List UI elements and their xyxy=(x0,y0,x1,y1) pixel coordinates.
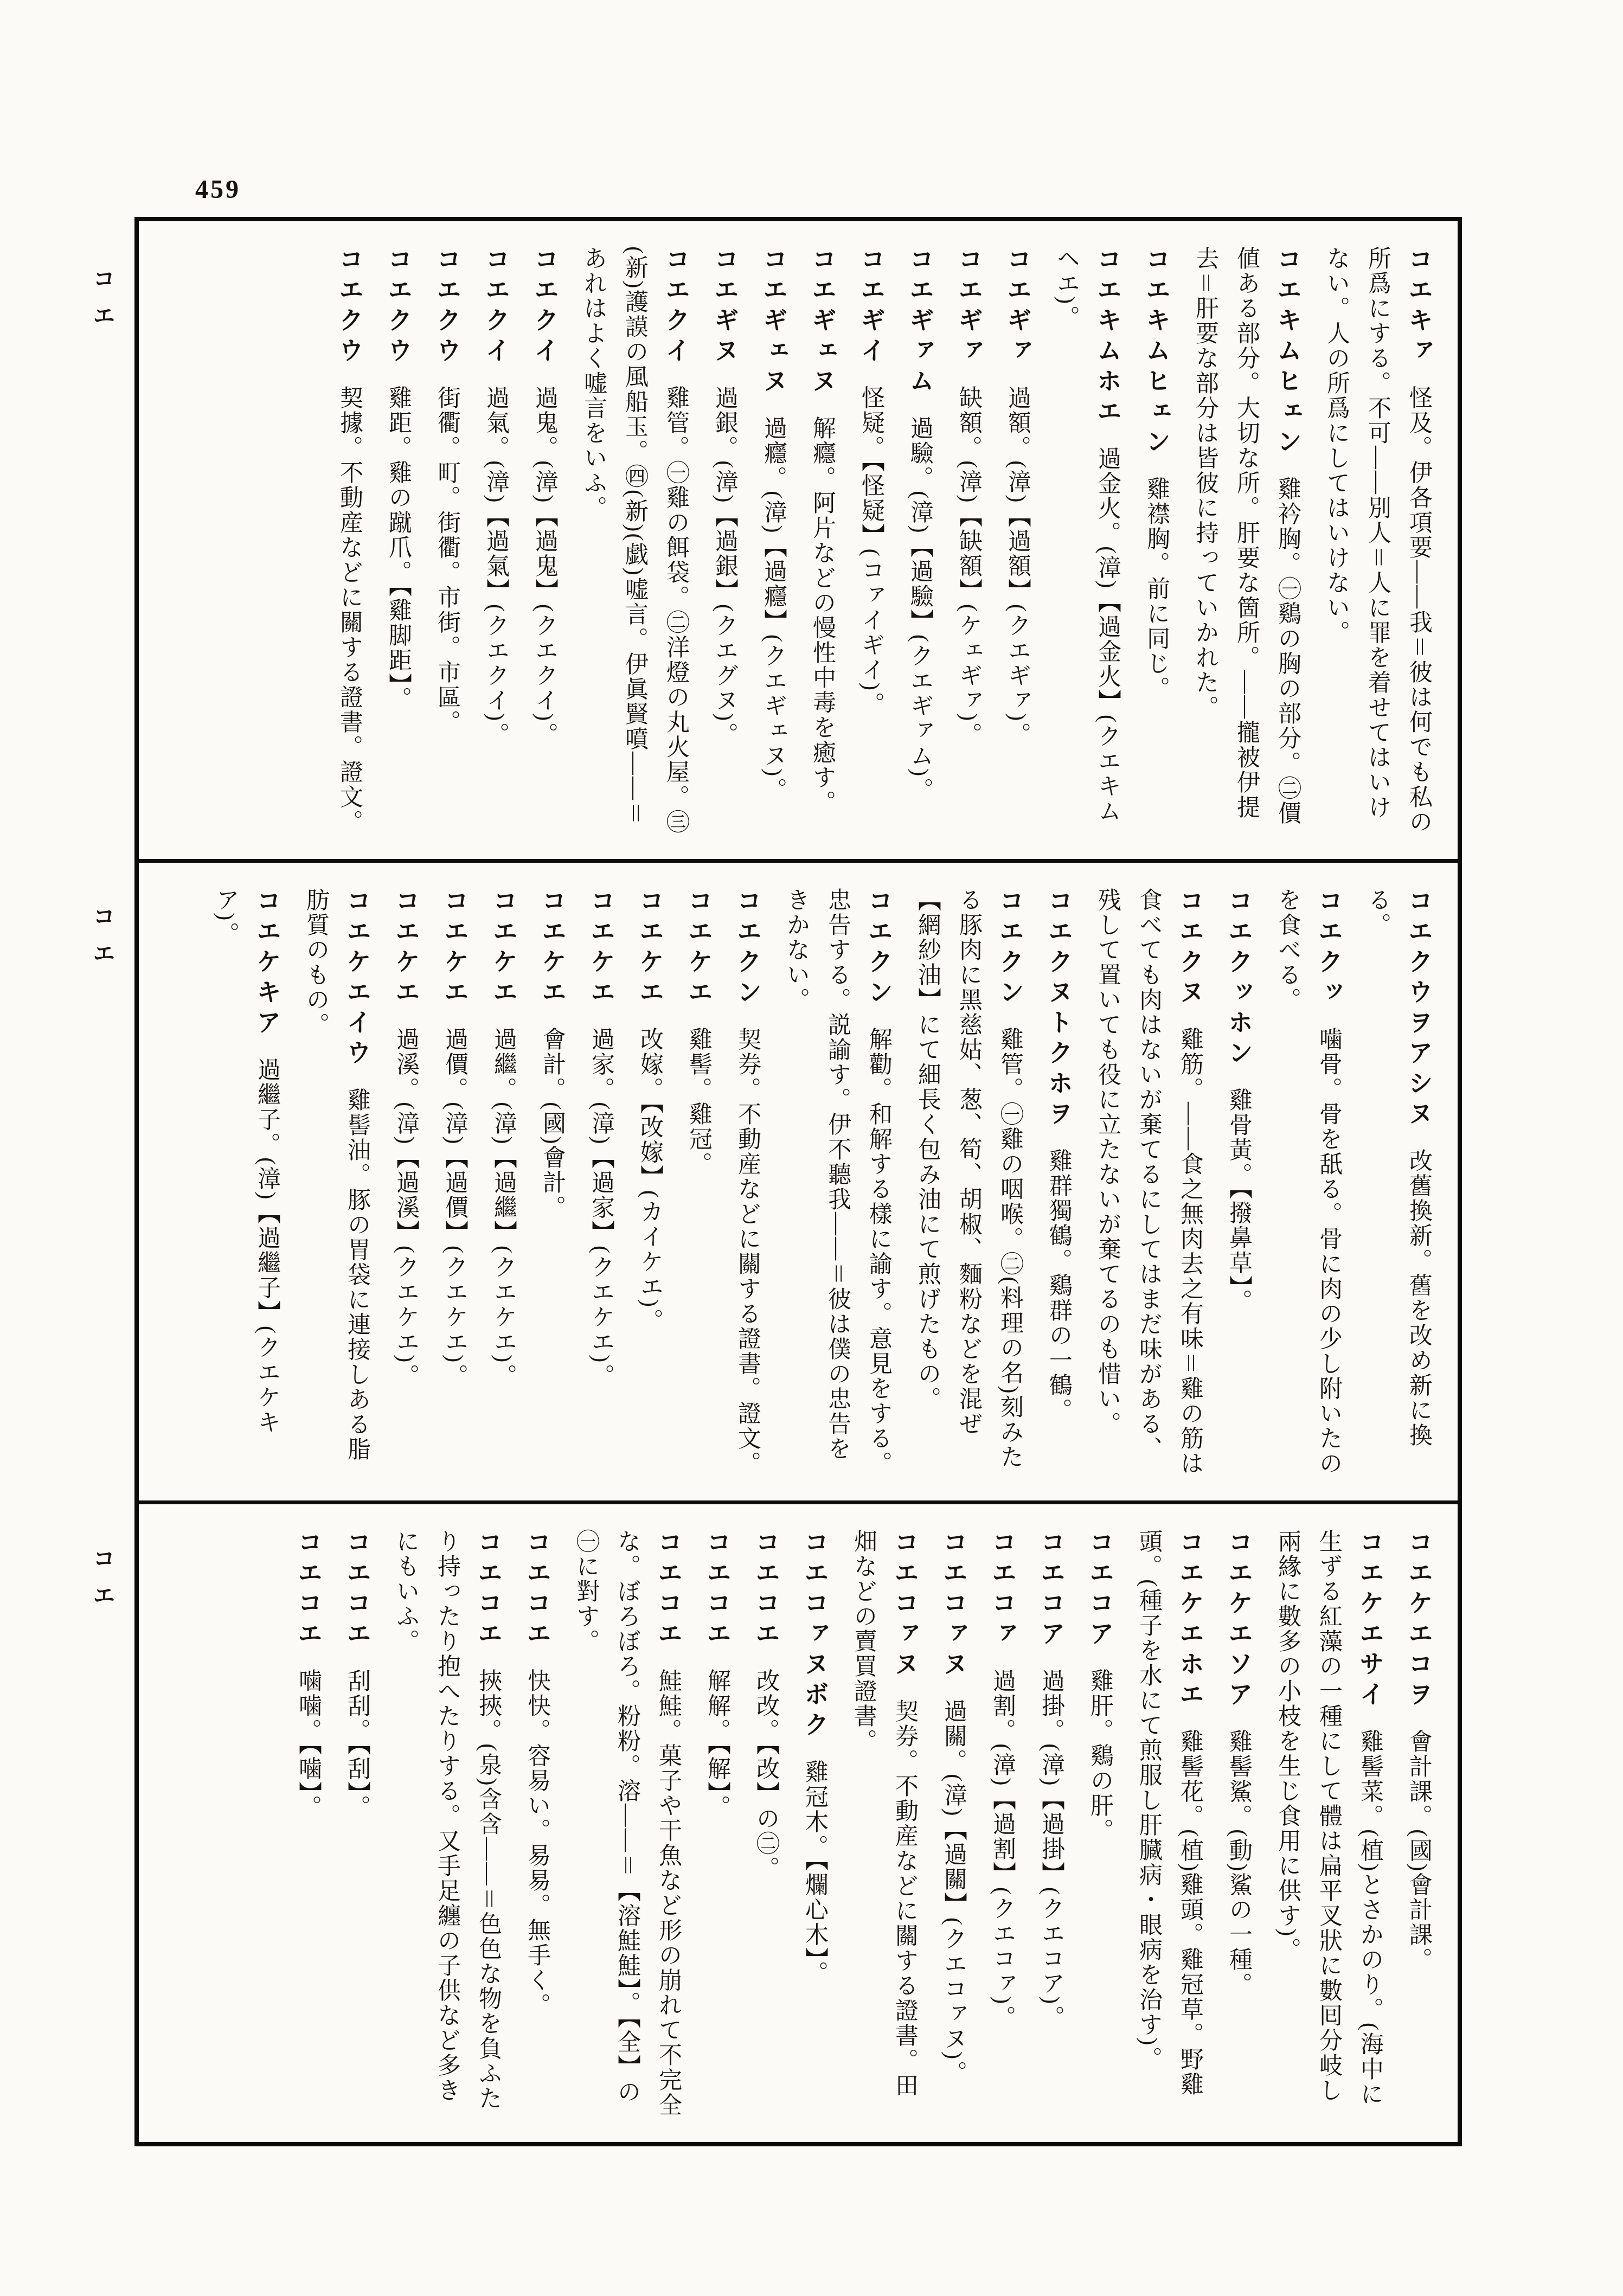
dictionary-entry: コエコア雞肝。鷄の肝。 xyxy=(1079,1529,1120,2120)
dictionary-band-1: コエキァ怪及。伊各項要——我＝彼は何でも私の所爲にする。不可——別人＝人に罪を着… xyxy=(139,221,1458,859)
entry-headword: コエギェヌ xyxy=(760,246,787,416)
entry-headword: コエクヌトクホヲ xyxy=(1045,888,1073,1149)
entry-definition: 解癮。阿片などの慢性中毒を癒す。 xyxy=(810,416,835,815)
entry-headword: コエコエ xyxy=(655,1529,682,1669)
entry-headword: コエクヌ xyxy=(1176,888,1204,1027)
dictionary-entry: コエクヌ雞筋。——食之無肉去之有味＝雞の筋は食べても肉はないが棄てるにしてはまだ… xyxy=(1087,888,1210,1479)
entry-headword: コエギァ xyxy=(955,246,983,386)
dictionary-entry: コエケエソア雞髻鯊。(動)鯊の一種。 xyxy=(1218,1529,1259,2120)
entry-headword: コエクイ xyxy=(662,246,690,386)
band-2-columns: コエクウヲアシヌ改舊換新。舊を改め新に換る。コエクッ噛骨。骨を舐る。骨に肉の少し… xyxy=(139,863,1458,1500)
entry-definition: 解解。【解】。 xyxy=(704,1669,730,1820)
entry-headword: コエケエサイ xyxy=(1356,1529,1384,1729)
entry-definition: 過癮。(漳)【過癮】(クエギェヌ)。 xyxy=(761,416,786,803)
guide-word-band-3: コエ xyxy=(86,1547,118,1620)
dictionary-entry: コエクウ契據。不動産などに關する證書。證文。 xyxy=(329,246,370,837)
entry-headword: コエコァヌボク xyxy=(801,1529,829,1760)
dictionary-entry: コエクウ街衢。町。街衢。市街。市區。 xyxy=(426,246,467,837)
dictionary-entry: コエケエ會計。(國)會計。 xyxy=(531,888,573,1479)
dictionary-entry: コエクイ過鬼。(漳)【過鬼】(クエクイ)。 xyxy=(524,246,565,837)
entry-definition: 改改。【改】の㊁。 xyxy=(753,1669,779,1882)
dictionary-entry: コエクヌトクホヲ雞群獨鶴。鷄群の一鶴。 xyxy=(1038,888,1079,1479)
entry-headword: コエクウ xyxy=(336,246,363,386)
entry-headword: コエクッホン xyxy=(1225,888,1253,1088)
dictionary-entry: コエケエイウ雞髻油。豚の胃袋に連接しある脂肪質のもの。 xyxy=(295,888,377,1479)
dictionary-entry: コエキムホエ過金火。(漳)【過金火】(クエキムヘエ)。 xyxy=(1045,246,1128,837)
entry-headword: コエクッ xyxy=(1315,888,1343,1027)
entry-headword: コエギイ xyxy=(857,246,885,386)
entry-headword: コエクイ xyxy=(482,246,510,386)
entry-definition: 雞肝。鷄の肝。 xyxy=(1087,1669,1113,1843)
dictionary-entry: コエケエ過家。(漳)【過家】(クエケエ)。 xyxy=(580,888,621,1479)
entry-headword: コエクイ xyxy=(531,246,559,386)
entry-definition: 契據。不動産などに關する證書。證文。 xyxy=(337,386,362,835)
entry-definition: 過氣。(漳)【過氣】(クエクイ)。 xyxy=(483,386,509,747)
dictionary-entry: コエクン契券。不動産などに關する證書。證文。 xyxy=(727,888,768,1479)
dictionary-entry: コエコエ鮭鮭。菓子や干魚など形の崩れて不完全な。ぼろぼろ。粉粉。溶——＝【溶鮭鮭… xyxy=(565,1529,689,2120)
dictionary-entry: コエコエ刮刮。【刮】。 xyxy=(336,1529,377,2120)
dictionary-entry: コエケエ過溪。(漳)【過溪】(クエケエ)。 xyxy=(385,888,426,1479)
dictionary-entry: コエケエ過繼。(漳)【過繼】(クエケエ)。 xyxy=(483,888,524,1479)
dictionary-entry: コエコエ解解。【解】。 xyxy=(696,1529,737,2120)
entry-headword: コエクウヲアシヌ xyxy=(1405,888,1433,1149)
dictionary-entry: コエクウヲアシヌ改舊換新。舊を改め新に換る。 xyxy=(1357,888,1439,1479)
dictionary-entry: コエコア過掛。(漳)【過掛】(クエコア)。 xyxy=(1030,1529,1072,2120)
entry-headword: コエケキア xyxy=(253,888,281,1057)
dictionary-entry: コエクウ雞距。雞の蹴爪。【雞脚距】。 xyxy=(377,246,419,837)
entry-definition: 會計課。(國)會計課。 xyxy=(1406,1729,1432,1973)
entry-headword: コエキムヒェン xyxy=(1274,246,1301,477)
entry-definition: 會計。(國)會計。 xyxy=(540,1027,565,1221)
entry-headword: コエケエホエ xyxy=(1176,1529,1204,1729)
entry-headword: コエコア xyxy=(1086,1529,1114,1669)
entry-definition: 雞冠木。【爛心木】。 xyxy=(802,1760,827,1986)
band-3-columns: コエケエコヲ會計課。(國)會計課。コエケエサイ雞髻菜。(植)とさかのり。(海中に… xyxy=(139,1504,1458,2142)
dictionary-entry: コエケエホエ雞髻花。(植)雞頭。雞冠草。野雞頭。(種子を水にて煎服し肝臓病・眼病… xyxy=(1128,1529,1210,2120)
dictionary-entry: コエケエ雞髻。雞冠。 xyxy=(678,888,719,1479)
dictionary-entry: コエギイ怪疑。【怪疑】(コァイギイ)。 xyxy=(850,246,891,837)
dictionary-entry: コエクン解勸。和解する樣に諭す。意見をする。忠告する。説諭す。伊不聽我——＝彼は… xyxy=(775,888,899,1479)
entry-headword: コエコエ xyxy=(294,1529,322,1669)
entry-definition: 快快。容易い。易易。無手く。 xyxy=(524,1669,550,2018)
dictionary-entry: コエギェヌ解癮。阿片などの慢性中毒を癒す。 xyxy=(801,246,843,837)
dictionary-entry: コエコエ改改。【改】の㊁。 xyxy=(745,1529,786,2120)
entry-headword: コエケエソア xyxy=(1225,1529,1253,1729)
entry-headword: コエケエ xyxy=(392,888,420,1027)
dictionary-entry: コエキァ怪及。伊各項要——我＝彼は何でも私の所爲にする。不可——別人＝人に罪を着… xyxy=(1316,246,1439,837)
entry-definition: 過掛。(漳)【過掛】(クエコア)。 xyxy=(1038,1669,1064,2030)
entry-definition: 噛噛。【噛】。 xyxy=(296,1669,321,1820)
entry-headword: コエケエ xyxy=(490,888,517,1027)
entry-headword: コエクン xyxy=(734,888,761,1027)
entry-definition: 街衢。町。街衢。市街。市區。 xyxy=(434,386,460,735)
dictionary-entry: コエギヌ過銀。(漳)【過銀】(クエグヌ)。 xyxy=(704,246,745,837)
entry-headword: コエコエ xyxy=(343,1529,371,1669)
dictionary-entry: コエケエ改嫁。【改嫁】(カイケエ)。 xyxy=(629,888,670,1479)
entry-definition: 雞髻鯊。(動)鯊の一種。 xyxy=(1226,1729,1252,1998)
entry-definition: 過關。(漳)【過關】(クエコァヌ)。 xyxy=(941,1699,966,2086)
entry-definition: 過驗。(漳)【過驗】(クエギァム)。 xyxy=(907,416,933,803)
dictionary-entry: コエコエ挾挾。(泉)含含——＝色色な物を負ふたり持ったり抱へたりする。又手足纏の… xyxy=(385,1529,509,2120)
entry-headword: コエキムヒェン xyxy=(1143,246,1170,477)
entry-definition: 過鬼。(漳)【過鬼】(クエクイ)。 xyxy=(532,386,557,747)
dictionary-entry: コエケエコヲ會計課。(國)會計課。 xyxy=(1398,1529,1439,2120)
entry-definition: 雞骨黃。【撥鼻草】。 xyxy=(1226,1088,1252,1314)
dictionary-entry: コエクッホン雞骨黃。【撥鼻草】。 xyxy=(1218,888,1259,1479)
dictionary-entry: コエコエ快快。容易い。易易。無手く。 xyxy=(516,1529,557,2120)
entry-headword: コエケエ xyxy=(538,888,566,1027)
entry-headword: コエコァ xyxy=(989,1529,1016,1669)
entry-headword: コエキァ xyxy=(1405,246,1433,386)
entry-definition: 缺額。(漳)【缺額】(ケェギァ)。 xyxy=(956,386,982,747)
dictionary-entry: コエクイ雞管。㊀雞の餌袋。㊁洋燈の丸火屋。㊂(新)護謨の風船玉。㊃(新)(戯)嘘… xyxy=(573,246,696,837)
entry-headword: コエキムホエ xyxy=(1094,246,1121,446)
entry-headword: コエケエ xyxy=(636,888,664,1027)
dictionary-entry: コエコァヌボク雞冠木。【爛心木】。 xyxy=(794,1529,835,2120)
guide-word-band-2: コエ xyxy=(86,905,118,978)
dictionary-entry: コエギァム過驗。(漳)【過驗】(クエギァム)。 xyxy=(899,246,940,837)
dictionary-entry: コエクッ噛骨。骨を舐る。骨に肉の少し附いたのを食べる。 xyxy=(1267,888,1349,1479)
entry-headword: コエコエ xyxy=(752,1529,780,1669)
entry-definition: 改嫁。【改嫁】(カイケエ)。 xyxy=(637,1027,663,1333)
entry-definition: 過銀。(漳)【過銀】(クエグヌ)。 xyxy=(712,386,737,747)
dictionary-entry: コエギァ缺額。(漳)【缺額】(ケェギァ)。 xyxy=(948,246,989,837)
dictionary-band-3: コエケエコヲ會計課。(國)會計課。コエケエサイ雞髻菜。(植)とさかのり。(海中に… xyxy=(139,1500,1458,2142)
entry-headword: コエケエコヲ xyxy=(1405,1529,1433,1729)
entry-headword: コエギァ xyxy=(1004,246,1031,386)
dictionary-entry: コエコエ噛噛。【噛】。 xyxy=(287,1529,329,2120)
entry-headword: コエケエイウ xyxy=(343,888,371,1088)
entry-headword: コエギァム xyxy=(906,246,934,416)
entry-headword: コエケエ xyxy=(441,888,469,1027)
dictionary-entry: コエキムヒェン雞襟胸。前に同じ。 xyxy=(1136,246,1177,837)
entry-headword: コエクン xyxy=(865,888,893,1027)
dictionary-entry: コエコァヌ過關。(漳)【過關】(クエコァヌ)。 xyxy=(933,1529,974,2120)
entry-definition: 契券。不動産などに關する證書。證文。 xyxy=(735,1027,760,1476)
dictionary-entry: コエケエサイ雞髻菜。(植)とさかのり。(海中に生ずる紅藻の一種にして體は扁平叉狀… xyxy=(1267,1529,1390,2120)
dictionary-entry: コエコァヌ契券。不動産などに關する證書。田畑などの賣買證書。 xyxy=(843,1529,925,2120)
entry-headword: コエクウ xyxy=(433,246,461,386)
dictionary-entry: コエギェヌ過癮。(漳)【過癮】(クエギェヌ)。 xyxy=(753,246,794,837)
entry-definition: 過家。(漳)【過家】(クエケエ)。 xyxy=(588,1027,614,1389)
band-1-columns: コエキァ怪及。伊各項要——我＝彼は何でも私の所爲にする。不可——別人＝人に罪を着… xyxy=(139,221,1458,859)
dictionary-entry: コエケエ過價。(漳)【過價】(クエケエ)。 xyxy=(434,888,475,1479)
dictionary-entry: コエクイ過氣。(漳)【過氣】(クエクイ)。 xyxy=(475,246,516,837)
entry-definition: 過價。(漳)【過價】(クエケエ)。 xyxy=(442,1027,467,1389)
scanned-dictionary-page: 459 コエ コエ コエ コエキァ怪及。伊各項要——我＝彼は何でも私の所爲にする… xyxy=(0,0,1623,2296)
dictionary-entry: コエクン雞管。㊀雞の咽喉。㊁(料理の名)刻みたる豚肉に黑慈姑、葱、筍、胡椒、麵粉… xyxy=(907,888,1030,1479)
entry-headword: コエコア xyxy=(1037,1529,1065,1669)
entry-headword: コエケエ xyxy=(587,888,615,1027)
entry-headword: コエクウ xyxy=(384,246,412,386)
guide-word-band-1: コエ xyxy=(86,267,118,341)
dictionary-entry: コエコァ過割。(漳)【過割】(クエコァ)。 xyxy=(982,1529,1023,2120)
dictionary-entry: コエキムヒェン雞衿胸。㊀鷄の胸の部分。㊁價値ある部分。大切な所。肝要な箇所。——… xyxy=(1184,246,1308,837)
entry-definition: 雞群獨鶴。鷄群の一鶴。 xyxy=(1046,1149,1072,1423)
dictionary-entry: コエケキア過繼子。(漳)【過繼子】(クエケキア)。 xyxy=(205,888,287,1479)
entry-definition: 怪疑。【怪疑】(コァイギイ)。 xyxy=(858,386,884,717)
entry-headword: コエギヌ xyxy=(711,246,739,386)
entry-headword: コエコァヌ xyxy=(940,1529,967,1699)
entry-definition: 過溪。(漳)【過溪】(クエケエ)。 xyxy=(393,1027,419,1389)
entry-headword: コエクン xyxy=(996,888,1024,1027)
entry-headword: コエコエ xyxy=(474,1529,502,1669)
entry-definition: 過額。(漳)【過額】(クエギァ)。 xyxy=(1005,386,1030,747)
entry-definition: 過繼。(漳)【過繼】(クエケエ)。 xyxy=(491,1027,516,1389)
entry-headword: コエケエ xyxy=(685,888,713,1027)
dictionary-band-2: コエクウヲアシヌ改舊換新。舊を改め新に換る。コエクッ噛骨。骨を舐る。骨に肉の少し… xyxy=(139,859,1458,1500)
entry-definition: 雞距。雞の蹴爪。【雞脚距】。 xyxy=(386,386,411,711)
entry-headword: コエコエ xyxy=(703,1529,731,1669)
dictionary-entry: コエギァ過額。(漳)【過額】(クエギァ)。 xyxy=(997,246,1038,837)
entry-definition: 刮刮。【刮】。 xyxy=(344,1669,370,1820)
entry-headword: コエコァヌ xyxy=(891,1529,919,1699)
entry-headword: コエギェヌ xyxy=(809,246,836,416)
entry-definition: 雞髻。雞冠。 xyxy=(686,1027,711,1177)
content-frame: コエキァ怪及。伊各項要——我＝彼は何でも私の所爲にする。不可——別人＝人に罪を着… xyxy=(134,217,1462,2146)
entry-headword: コエコエ xyxy=(523,1529,551,1669)
entry-definition: 過割。(漳)【過割】(クエコァ)。 xyxy=(990,1669,1015,2030)
page-number: 459 xyxy=(195,175,241,204)
entry-definition: 雞襟胸。前に同じ。 xyxy=(1144,477,1169,701)
